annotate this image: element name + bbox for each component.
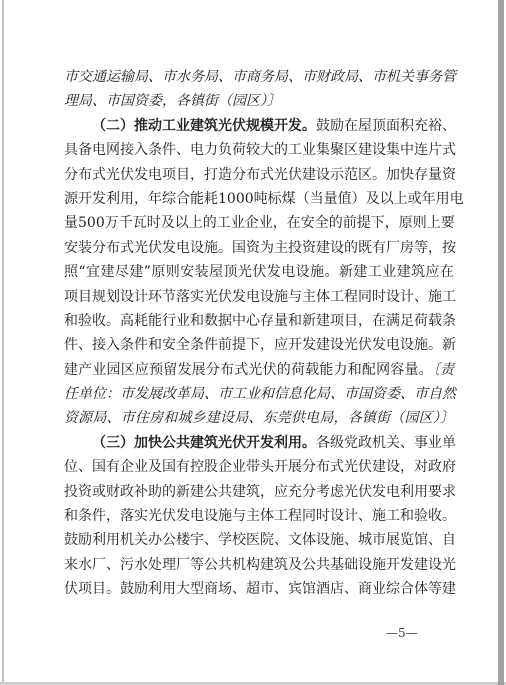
text-segment-normal: 各级党政机关、事业单	[316, 435, 456, 451]
text-segment-normal: 照“宜建尽建”原则安装屋顶光伏发电设施。新建工业建筑应在	[64, 264, 454, 280]
text-segment-normal: 鼓励在屋顶面积充裕、	[316, 118, 456, 134]
document-line: （二）推动工业建筑光伏规模开发。鼓励在屋顶面积充裕、	[64, 114, 454, 138]
document-line: （三）加快公共建筑光伏开发利用。各级党政机关、事业单	[64, 431, 454, 455]
text-segment-kaiti: 〔责	[433, 362, 454, 378]
text-segment-normal: 和条件，落实光伏发电设施与主体工程同时设计、施工和验收。	[64, 508, 456, 524]
page-right-edge	[498, 0, 504, 685]
document-line: 理局、市国资委，各镇街（园区）〕	[64, 89, 454, 113]
text-segment-normal: 具备电网接入条件、电力负荷较大的工业集聚区建设集中连片式	[64, 142, 456, 158]
document-line: 任单位：市发展改革局、市工业和信息化局、市国资委、市自然	[64, 382, 454, 406]
document-line: 市交通运输局、市水务局、市商务局、市财政局、市机关事务管	[64, 65, 454, 89]
document-line: 位、国有企业及国有控股企业带头开展分布式光伏建设，对政府	[64, 455, 454, 479]
text-segment-normal: 投资或财政补助的新建公共建筑，应充分考虑光伏发电利用要求	[64, 484, 456, 500]
text-segment-normal: 建产业园区应预留发展分布式光伏的荷载能力和配网容量。	[64, 362, 433, 378]
text-segment-normal: 分布式光伏发电项目，打造分布式光伏建设示范区。加快存量资	[64, 167, 456, 183]
document-line: 量500万千瓦时及以上的工业企业，在安全的前提下，原则上要	[64, 211, 454, 235]
document-line: 和条件，落实光伏发电设施与主体工程同时设计、施工和验收。	[64, 504, 454, 528]
text-segment-kaiti: 理局、市国资委，各镇街（园区）〕	[64, 93, 281, 109]
text-segment-bold: （二）推动工业建筑光伏规模开发。	[92, 118, 316, 134]
text-segment-normal: 伏项目。鼓励利用大型商场、超市、宾馆酒店、商业综合体等建	[64, 581, 456, 597]
document-line: 伏项目。鼓励利用大型商场、超市、宾馆酒店、商业综合体等建	[64, 577, 454, 601]
document-line: 安装分布式光伏发电设施。国资为主投资建设的既有厂房等，按	[64, 236, 454, 260]
document-line: 具备电网接入条件、电力负荷较大的工业集聚区建设集中连片式	[64, 138, 454, 162]
page-number: —5—	[386, 626, 418, 641]
document-line: 照“宜建尽建”原则安装屋顶光伏发电设施。新建工业建筑应在	[64, 260, 454, 284]
text-segment-kaiti: 任单位：市发展改革局、市工业和信息化局、市国资委、市自然	[64, 386, 456, 402]
text-segment-normal: 位、国有企业及国有控股企业带头开展分布式光伏建设，对政府	[64, 459, 456, 475]
document-line: 建产业园区应预留发展分布式光伏的荷载能力和配网容量。〔责	[64, 358, 454, 382]
text-segment-normal: 项目规划设计环节落实光伏发电设施与主体工程同时设计、施工	[64, 289, 456, 305]
document-line: 投资或财政补助的新建公共建筑，应充分考虑光伏发电利用要求	[64, 480, 454, 504]
document-line: 鼓励利用机关办公楼宇、学校医院、文体设施、城市展览馆、自	[64, 528, 454, 552]
text-segment-normal: 安装分布式光伏发电设施。国资为主投资建设的既有厂房等，按	[64, 240, 456, 256]
text-segment-normal: 鼓励利用机关办公楼宇、学校医院、文体设施、城市展览馆、自	[64, 532, 456, 548]
text-segment-kaiti: 市交通运输局、市水务局、市商务局、市财政局、市机关事务管	[64, 69, 456, 85]
document-line: 来水厂、污水处理厂等公共机构建筑及公共基础设施开发建设光	[64, 553, 454, 577]
text-segment-normal: 和验收。高耗能行业和数据中心存量和新建项目，在满足荷载条	[64, 313, 456, 329]
text-segment-normal: 源开发利用，年综合能耗1000吨标煤（当量值）及以上或年用电	[64, 191, 464, 207]
page-left-edge	[2, 0, 4, 685]
document-page: 市交通运输局、市水务局、市商务局、市财政局、市机关事务管理局、市国资委，各镇街（…	[0, 0, 506, 685]
document-line: 和验收。高耗能行业和数据中心存量和新建项目，在满足荷载条	[64, 309, 454, 333]
document-body: 市交通运输局、市水务局、市商务局、市财政局、市机关事务管理局、市国资委，各镇街（…	[64, 65, 454, 602]
document-line: 项目规划设计环节落实光伏发电设施与主体工程同时设计、施工	[64, 285, 454, 309]
document-line: 件、接入条件和安全条件前提下，应开发建设光伏发电设施。新	[64, 333, 454, 357]
document-line: 源开发利用，年综合能耗1000吨标煤（当量值）及以上或年用电	[64, 187, 454, 211]
text-segment-normal: 量500万千瓦时及以上的工业企业，在安全的前提下，原则上要	[64, 215, 455, 231]
text-segment-bold: （三）加快公共建筑光伏开发利用。	[92, 435, 316, 451]
document-line: 分布式光伏发电项目，打造分布式光伏建设示范区。加快存量资	[64, 163, 454, 187]
document-line: 资源局、市住房和城乡建设局、东莞供电局，各镇街（园区）〕	[64, 406, 454, 430]
text-segment-normal: 来水厂、污水处理厂等公共机构建筑及公共基础设施开发建设光	[64, 557, 456, 573]
text-segment-normal: 件、接入条件和安全条件前提下，应开发建设光伏发电设施。新	[64, 337, 456, 353]
text-segment-kaiti: 资源局、市住房和城乡建设局、东莞供电局，各镇街（园区）〕	[64, 410, 454, 426]
